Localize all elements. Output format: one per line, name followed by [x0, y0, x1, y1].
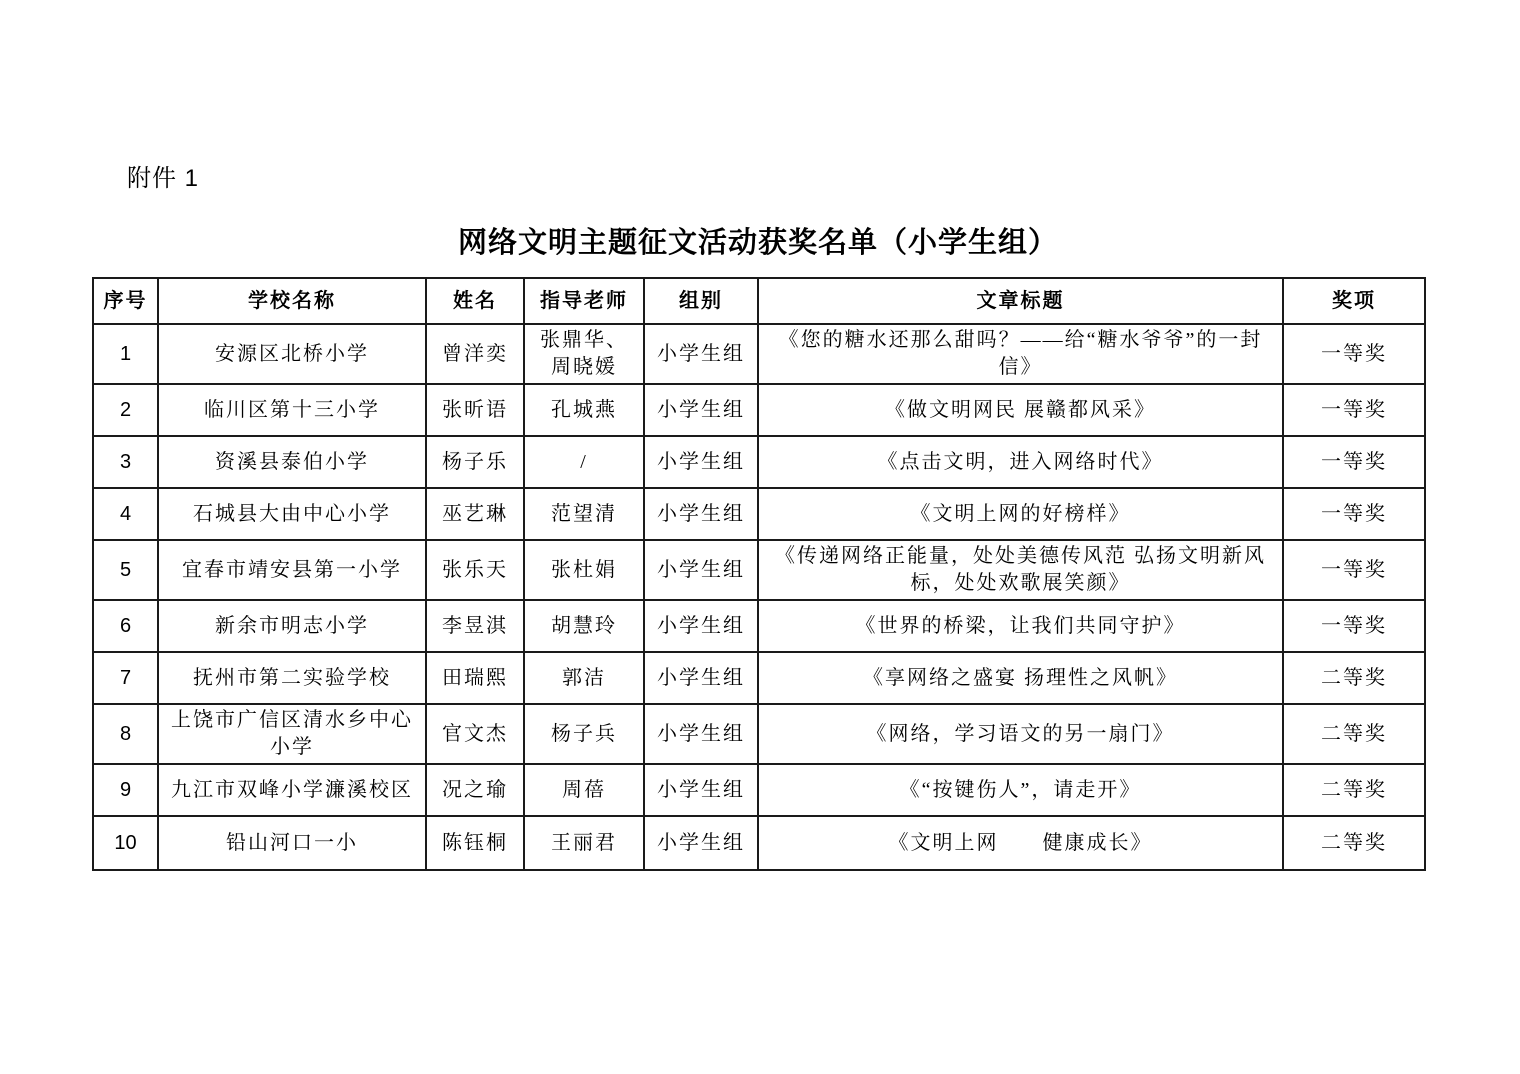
cell-no: 6 — [93, 600, 158, 652]
cell-name: 巫艺琳 — [426, 488, 524, 540]
table-row: 3 资溪县泰伯小学 杨子乐 / 小学生组 《点击文明，进入网络时代》 一等奖 — [93, 436, 1425, 488]
cell-group: 小学生组 — [644, 436, 758, 488]
table-row: 7 抚州市第二实验学校 田瑞熙 郭洁 小学生组 《享网络之盛宴 扬理性之风帆》 … — [93, 652, 1425, 704]
cell-school: 抚州市第二实验学校 — [158, 652, 426, 704]
cell-award: 一等奖 — [1283, 324, 1425, 384]
cell-school: 上饶市广信区清水乡中心小学 — [158, 704, 426, 764]
cell-group: 小学生组 — [644, 540, 758, 600]
column-header-group: 组别 — [644, 278, 758, 324]
cell-teacher: 范望清 — [524, 488, 644, 540]
cell-school: 九江市双峰小学濂溪校区 — [158, 764, 426, 816]
cell-award: 一等奖 — [1283, 540, 1425, 600]
cell-name: 李昱淇 — [426, 600, 524, 652]
cell-no: 1 — [93, 324, 158, 384]
cell-award: 二等奖 — [1283, 764, 1425, 816]
cell-group: 小学生组 — [644, 764, 758, 816]
table-row: 9 九江市双峰小学濂溪校区 况之瑜 周蓓 小学生组 《“按键伤人”，请走开》 二… — [93, 764, 1425, 816]
cell-teacher: 杨子兵 — [524, 704, 644, 764]
cell-no: 9 — [93, 764, 158, 816]
cell-group: 小学生组 — [644, 488, 758, 540]
document-page: 附件 1 网络文明主题征文活动获奖名单（小学生组） 序号 学校名称 姓名 指导老… — [0, 0, 1520, 1074]
table-row: 1 安源区北桥小学 曾洋奕 张鼎华、周晓媛 小学生组 《您的糖水还那么甜吗？——… — [93, 324, 1425, 384]
cell-award: 一等奖 — [1283, 600, 1425, 652]
cell-school: 新余市明志小学 — [158, 600, 426, 652]
cell-group: 小学生组 — [644, 652, 758, 704]
cell-award: 一等奖 — [1283, 384, 1425, 436]
table-row: 2 临川区第十三小学 张昕语 孔城燕 小学生组 《做文明网民 展赣都风采》 一等… — [93, 384, 1425, 436]
cell-group: 小学生组 — [644, 600, 758, 652]
table-row: 4 石城县大由中心小学 巫艺琳 范望清 小学生组 《文明上网的好榜样》 一等奖 — [93, 488, 1425, 540]
cell-name: 况之瑜 — [426, 764, 524, 816]
cell-award: 二等奖 — [1283, 704, 1425, 764]
cell-no: 4 — [93, 488, 158, 540]
table-header-row: 序号 学校名称 姓名 指导老师 组别 文章标题 奖项 — [93, 278, 1425, 324]
cell-group: 小学生组 — [644, 816, 758, 870]
cell-name: 官文杰 — [426, 704, 524, 764]
cell-award: 二等奖 — [1283, 816, 1425, 870]
cell-school: 临川区第十三小学 — [158, 384, 426, 436]
cell-no: 10 — [93, 816, 158, 870]
cell-article: 《世界的桥梁，让我们共同守护》 — [758, 600, 1283, 652]
column-header-name: 姓名 — [426, 278, 524, 324]
column-header-no: 序号 — [93, 278, 158, 324]
cell-no: 2 — [93, 384, 158, 436]
cell-school: 资溪县泰伯小学 — [158, 436, 426, 488]
cell-name: 陈钰桐 — [426, 816, 524, 870]
cell-name: 曾洋奕 — [426, 324, 524, 384]
cell-article: 《“按键伤人”，请走开》 — [758, 764, 1283, 816]
award-table: 序号 学校名称 姓名 指导老师 组别 文章标题 奖项 1 安源区北桥小学 曾洋奕… — [92, 277, 1426, 871]
cell-teacher: 郭洁 — [524, 652, 644, 704]
cell-article: 《网络，学习语文的另一扇门》 — [758, 704, 1283, 764]
cell-group: 小学生组 — [644, 324, 758, 384]
cell-teacher: 张杜娟 — [524, 540, 644, 600]
cell-award: 二等奖 — [1283, 652, 1425, 704]
cell-no: 7 — [93, 652, 158, 704]
cell-teacher: 胡慧玲 — [524, 600, 644, 652]
attachment-label: 附件 1 — [127, 158, 199, 193]
cell-name: 张乐天 — [426, 540, 524, 600]
column-header-school: 学校名称 — [158, 278, 426, 324]
cell-no: 8 — [93, 704, 158, 764]
cell-article: 《点击文明，进入网络时代》 — [758, 436, 1283, 488]
column-header-award: 奖项 — [1283, 278, 1425, 324]
cell-school: 安源区北桥小学 — [158, 324, 426, 384]
cell-teacher: 孔城燕 — [524, 384, 644, 436]
page-title: 网络文明主题征文活动获奖名单（小学生组） — [92, 220, 1424, 261]
column-header-article: 文章标题 — [758, 278, 1283, 324]
cell-article: 《享网络之盛宴 扬理性之风帆》 — [758, 652, 1283, 704]
cell-article: 《文明上网 健康成长》 — [758, 816, 1283, 870]
cell-group: 小学生组 — [644, 704, 758, 764]
cell-no: 5 — [93, 540, 158, 600]
cell-name: 张昕语 — [426, 384, 524, 436]
table-row: 10 铅山河口一小 陈钰桐 王丽君 小学生组 《文明上网 健康成长》 二等奖 — [93, 816, 1425, 870]
cell-school: 石城县大由中心小学 — [158, 488, 426, 540]
cell-article: 《文明上网的好榜样》 — [758, 488, 1283, 540]
cell-award: 一等奖 — [1283, 488, 1425, 540]
cell-award: 一等奖 — [1283, 436, 1425, 488]
cell-teacher: 王丽君 — [524, 816, 644, 870]
cell-school: 宜春市靖安县第一小学 — [158, 540, 426, 600]
cell-school: 铅山河口一小 — [158, 816, 426, 870]
cell-teacher: 周蓓 — [524, 764, 644, 816]
table-row: 6 新余市明志小学 李昱淇 胡慧玲 小学生组 《世界的桥梁，让我们共同守护》 一… — [93, 600, 1425, 652]
column-header-teacher: 指导老师 — [524, 278, 644, 324]
table-row: 8 上饶市广信区清水乡中心小学 官文杰 杨子兵 小学生组 《网络，学习语文的另一… — [93, 704, 1425, 764]
cell-teacher: 张鼎华、周晓媛 — [524, 324, 644, 384]
cell-no: 3 — [93, 436, 158, 488]
cell-article: 《传递网络正能量，处处美德传风范 弘扬文明新风标，处处欢歌展笑颜》 — [758, 540, 1283, 600]
cell-article: 《您的糖水还那么甜吗？——给“糖水爷爷”的一封信》 — [758, 324, 1283, 384]
table-row: 5 宜春市靖安县第一小学 张乐天 张杜娟 小学生组 《传递网络正能量，处处美德传… — [93, 540, 1425, 600]
cell-teacher: / — [524, 436, 644, 488]
cell-group: 小学生组 — [644, 384, 758, 436]
cell-article: 《做文明网民 展赣都风采》 — [758, 384, 1283, 436]
cell-name: 杨子乐 — [426, 436, 524, 488]
cell-name: 田瑞熙 — [426, 652, 524, 704]
